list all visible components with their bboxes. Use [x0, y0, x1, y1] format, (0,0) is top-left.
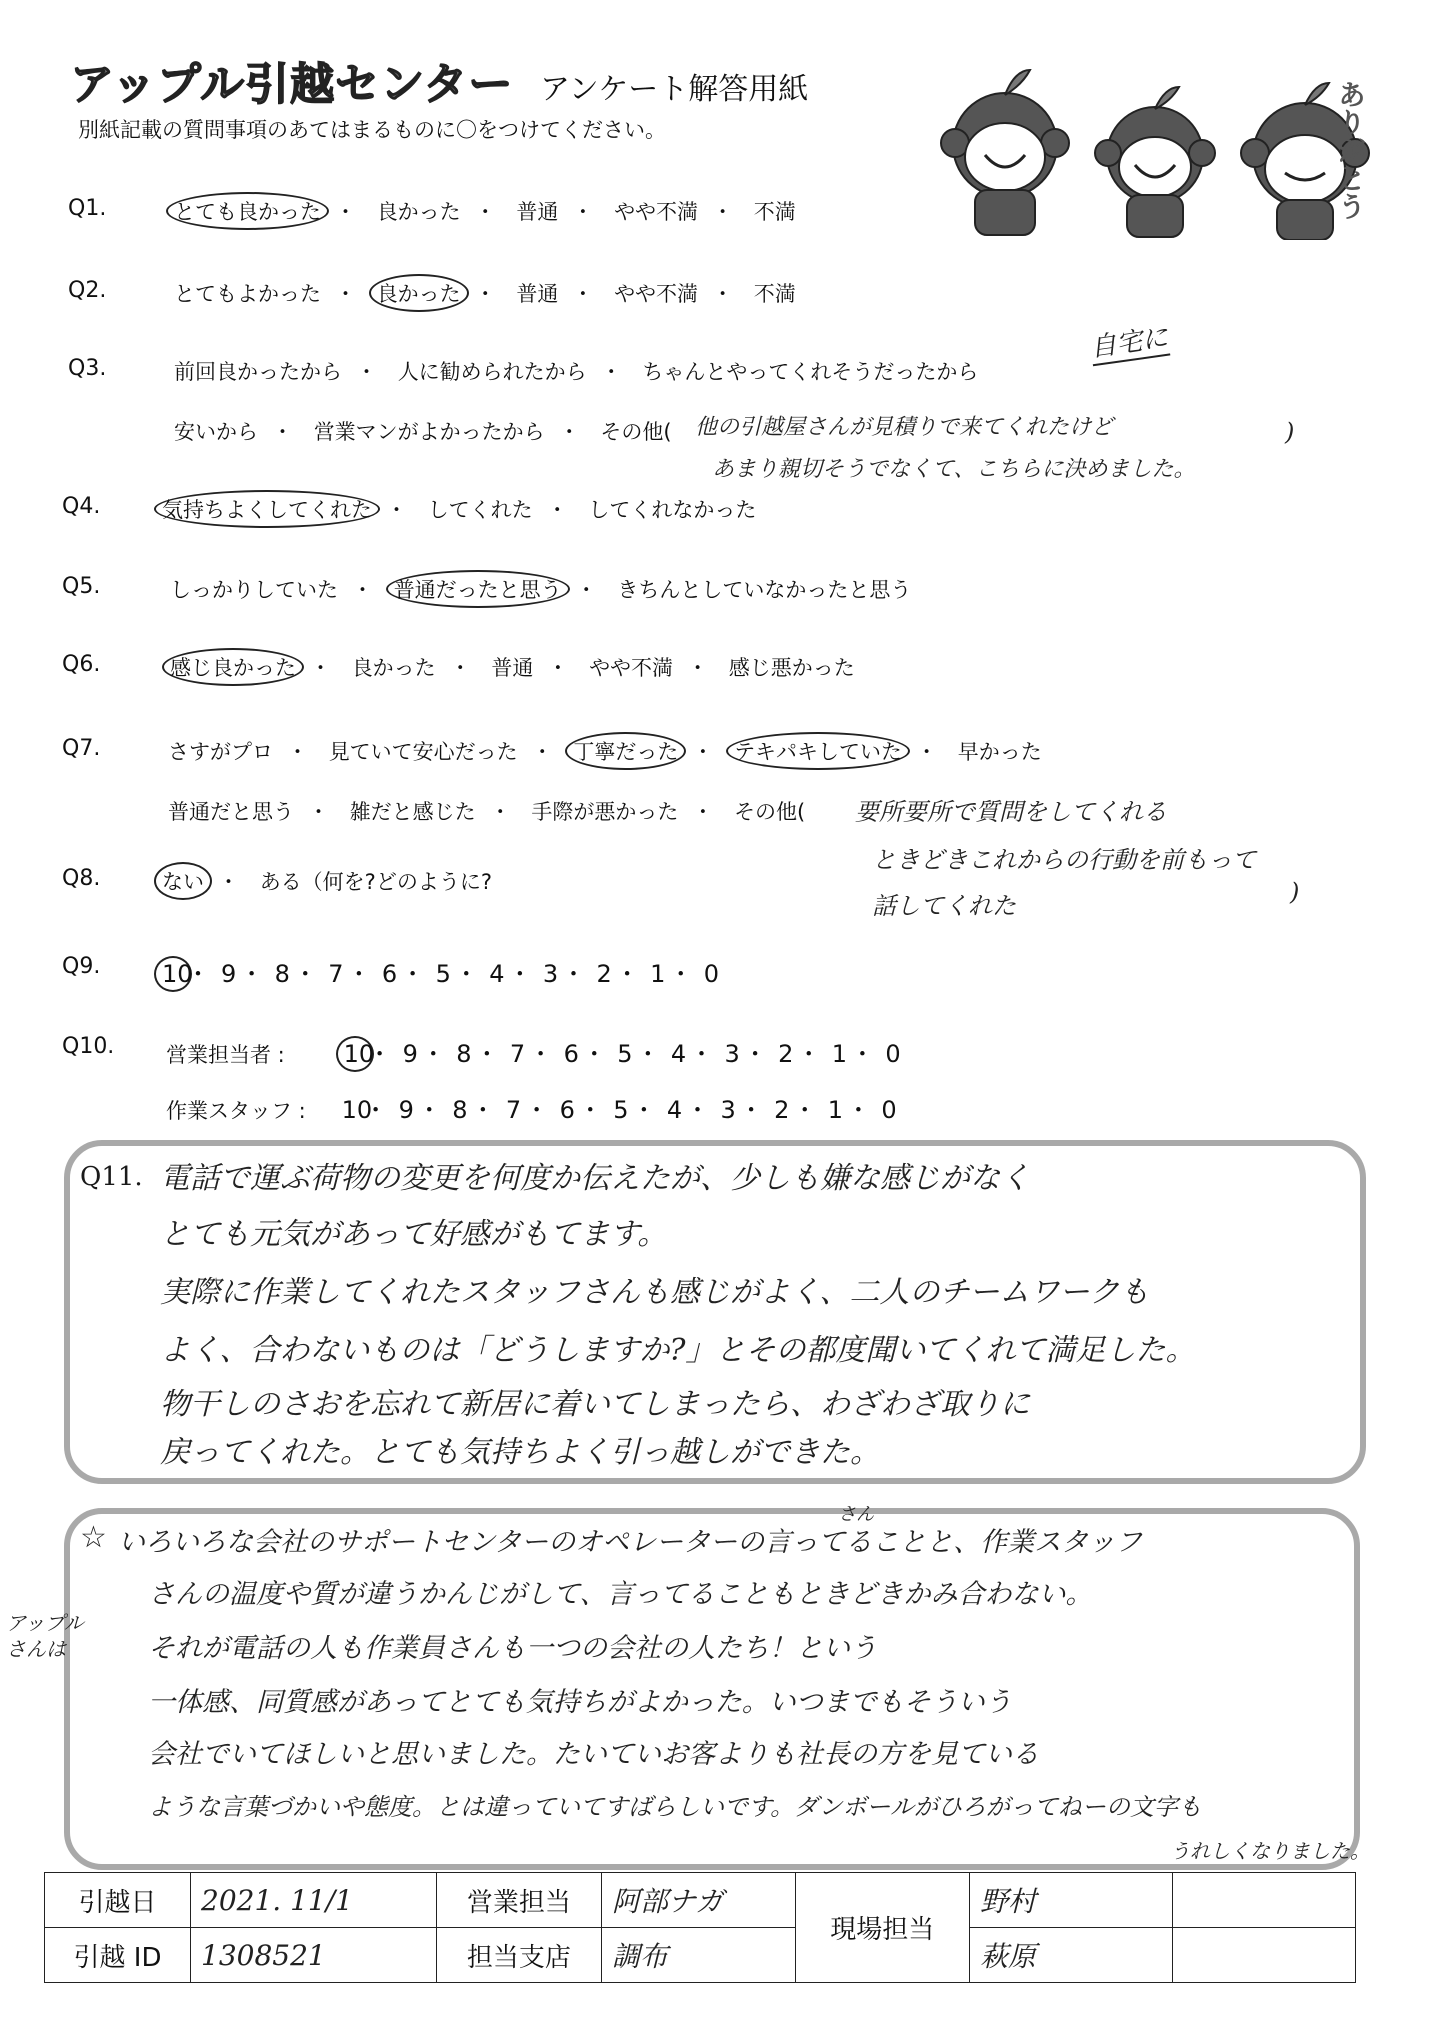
q3-close-paren: ) — [1285, 418, 1294, 446]
branch-value: 調布 — [601, 1928, 795, 1983]
q11-line-2: とても元気があって好感がもてます。 — [160, 1204, 667, 1266]
q2-option-5[interactable]: 不満 — [752, 278, 798, 308]
q10-staff-score-5[interactable]: 5 — [610, 1096, 632, 1124]
q9-score-4[interactable]: 4 — [486, 960, 508, 988]
form-title: アンケート解答用紙 — [540, 64, 808, 108]
star-line-2: さんの温度や質が違うかんじがして、言ってることもときどきかみ合わない。 — [148, 1564, 1092, 1626]
site-staff-blank-1 — [1173, 1873, 1356, 1928]
q7-option-1[interactable]: さすがプロ — [166, 736, 275, 766]
q1-number: Q1. — [68, 196, 106, 221]
q10-sales-score-2[interactable]: 2 — [775, 1040, 797, 1068]
q3-number: Q3. — [68, 356, 106, 381]
site-staff-2: 萩原 — [970, 1928, 1173, 1983]
q9-score-9[interactable]: 9 — [218, 960, 240, 988]
star-icon: ☆ — [80, 1520, 107, 1555]
q10-staff-score-6[interactable]: 6 — [556, 1096, 578, 1124]
q11-line-1: 電話で運ぶ荷物の変更を何度か伝えたが、少しも嫌な感じがなく — [160, 1148, 1030, 1210]
q2-option-1[interactable]: とてもよかった — [172, 278, 323, 308]
star-line-3: それが電話の人も作業員さんも一つの会社の人たち！という — [148, 1618, 877, 1680]
q10-staff-score-3[interactable]: 3 — [717, 1096, 739, 1124]
q6-number: Q6. — [62, 652, 100, 677]
q11-label: Q11. — [80, 1162, 143, 1192]
q8-number: Q8. — [62, 866, 100, 891]
q8-options: ない・ ある（何を?どのように? — [160, 866, 494, 896]
q3-handwritten-other-2: あまり親切そうでなくて、こちらに決めました。 — [712, 452, 1196, 483]
q10-staff-score-8[interactable]: 8 — [449, 1096, 471, 1124]
q3-option-4[interactable]: 安いから — [172, 416, 260, 446]
q10-sales-score-8[interactable]: 8 — [453, 1040, 475, 1068]
site-staff-1: 野村 — [970, 1873, 1173, 1928]
q3-option-1[interactable]: 前回良かったから — [172, 356, 344, 386]
q10-staff-score-10[interactable]: 10 — [342, 1096, 364, 1124]
star-line-6: ような言葉づかいや態度。とは違っていてすばらしいです。ダンボールがひろがってねー… — [148, 1776, 1202, 1838]
q7-option-8[interactable]: 手際が悪かった — [529, 796, 680, 826]
q9-score-0[interactable]: 0 — [700, 960, 722, 988]
q3-option-5[interactable]: 営業マンがよかったから — [312, 416, 547, 446]
q1-option-2[interactable]: 良かった — [375, 196, 463, 226]
q2-options: とてもよかった・ 良かった・ 普通・ やや不満・ 不満 — [172, 278, 798, 308]
q1-option-4[interactable]: やや不満 — [612, 196, 700, 226]
q8-option-1[interactable]: ない — [154, 862, 212, 900]
q11-line-3: 実際に作業してくれたスタッフさんも感じがよく、二人のチームワークも — [160, 1262, 1149, 1324]
q10-sales-score-6[interactable]: 6 — [560, 1040, 582, 1068]
q10-staff-score-4[interactable]: 4 — [663, 1096, 685, 1124]
q10-sales-score-5[interactable]: 5 — [614, 1040, 636, 1068]
q7-close-paren: ) — [1290, 878, 1299, 906]
q1-options: とても良かった・ 良かった・ 普通・ やや不満・ 不満 — [172, 196, 798, 226]
q10-sales-scale: 営業担当者 : 10・ 9・ 8・ 7・ 6・ 5・ 4・ 3・ 2・ 1・ 0 — [166, 1034, 904, 1069]
q4-number: Q4. — [62, 494, 100, 519]
q2-option-2[interactable]: 良かった — [369, 274, 469, 312]
q4-options: 気持ちよくしてくれた・ してくれた・ してくれなかった — [160, 494, 758, 524]
q6-option-1[interactable]: 感じ良かった — [162, 648, 304, 686]
q1-option-5[interactable]: 不満 — [752, 196, 798, 226]
q10-number: Q10. — [62, 1034, 114, 1059]
q3-handwritten-other-1: 他の引越屋さんが見積りで来てくれたけど — [695, 410, 1113, 441]
move-id-label: 引越 ID — [45, 1928, 191, 1983]
q9-score-2[interactable]: 2 — [593, 960, 615, 988]
branch-label: 担当支店 — [436, 1928, 601, 1983]
q10-staff-score-7[interactable]: 7 — [503, 1096, 525, 1124]
q7-option-6[interactable]: 普通だと思う — [166, 796, 296, 826]
q6-option-4[interactable]: やや不満 — [587, 652, 675, 682]
mascot-illustration-icon — [905, 65, 1375, 240]
q6-option-2[interactable]: 良かった — [350, 652, 438, 682]
move-info-table: 引越日 2021. 11/1 営業担当 阿部ナガ 現場担当 野村 引越 ID 1… — [44, 1872, 1356, 1983]
q7-number: Q7. — [62, 736, 100, 761]
q7-options-line1: さすがプロ・ 見ていて安心だった・ 丁寧だった・ テキパキしていた・ 早かった — [166, 736, 1044, 766]
q9-number: Q9. — [62, 954, 100, 979]
q4-option-1[interactable]: 気持ちよくしてくれた — [154, 490, 380, 528]
q10-staff-score-0[interactable]: 0 — [878, 1096, 900, 1124]
q2-option-4[interactable]: やや不満 — [612, 278, 700, 308]
q11-line-4: よく、合わないものは「どうしますか?」とその都度聞いてくれて満足した。 — [160, 1320, 1195, 1382]
q4-option-2[interactable]: してくれた — [426, 494, 535, 524]
q10-sales-label: 営業担当者 : — [166, 1039, 334, 1069]
q7-option-7[interactable]: 雑だと感じた — [348, 796, 478, 826]
q7-option-4[interactable]: テキパキしていた — [726, 732, 910, 770]
q9-score-7[interactable]: 7 — [325, 960, 347, 988]
q9-score-1[interactable]: 1 — [647, 960, 669, 988]
q5-number: Q5. — [62, 574, 100, 599]
q10-staff-score-9[interactable]: 9 — [395, 1096, 417, 1124]
q7-handwritten-other-2: ときどきこれからの行動を前もって — [872, 840, 1256, 875]
sales-rep-value: 阿部ナガ — [601, 1873, 795, 1928]
q3-option-other[interactable]: その他( — [598, 416, 673, 446]
q2-option-3[interactable]: 普通 — [514, 278, 560, 308]
q5-option-1[interactable]: しっかりしていた — [168, 574, 340, 604]
q3-option-3[interactable]: ちゃんとやってくれそうだったから — [640, 356, 980, 386]
q10-sales-score-1[interactable]: 1 — [828, 1040, 850, 1068]
q10-staff-label: 作業スタッフ : — [166, 1095, 334, 1125]
star-margin-note: アップルさんは — [6, 1610, 86, 1662]
q1-option-3[interactable]: 普通 — [514, 196, 560, 226]
instruction-text: 別紙記載の質問事項のあてはまるものに〇をつけてください。 — [78, 114, 666, 144]
q7-option-5[interactable]: 早かった — [956, 736, 1044, 766]
q8-option-2[interactable]: ある（何を?どのように? — [258, 866, 494, 896]
move-id-value: 1308521 — [191, 1928, 437, 1983]
q5-options: しっかりしていた・ 普通だったと思う・ きちんとしていなかったと思う — [168, 574, 913, 604]
q7-option-3[interactable]: 丁寧だった — [565, 732, 686, 770]
company-name: アップル引越センター — [70, 48, 513, 112]
move-date-value: 2021. 11/1 — [191, 1873, 437, 1928]
site-staff-label: 現場担当 — [795, 1873, 970, 1983]
q7-option-other[interactable]: その他( — [732, 796, 807, 826]
q11-line-6: 戻ってくれた。とても気持ちよく引っ越しができた。 — [160, 1422, 880, 1484]
q9-score-5[interactable]: 5 — [432, 960, 454, 988]
q10-staff-score-1[interactable]: 1 — [824, 1096, 846, 1124]
q6-option-3[interactable]: 普通 — [489, 652, 535, 682]
thanks-caption: ありがとう — [1330, 80, 1370, 220]
q7-options-line2: 普通だと思う・ 雑だと感じた・ 手際が悪かった・ その他( — [166, 796, 807, 826]
q3-options-line1: 前回良かったから・ 人に勧められたから・ ちゃんとやってくれそうだったから — [172, 356, 980, 386]
q7-handwritten-other-3: 話してくれた — [872, 886, 1016, 921]
q7-option-2[interactable]: 見ていて安心だった — [327, 736, 520, 766]
q10-sales-score-4[interactable]: 4 — [667, 1040, 689, 1068]
q10-staff-score-2[interactable]: 2 — [771, 1096, 793, 1124]
q4-option-3[interactable]: してくれなかった — [586, 494, 758, 524]
q10-sales-score-3[interactable]: 3 — [721, 1040, 743, 1068]
q2-number: Q2. — [68, 278, 106, 303]
q3-options-line2: 安いから・ 営業マンがよかったから・ その他( — [172, 416, 674, 446]
q9-score-3[interactable]: 3 — [539, 960, 561, 988]
q3-option-2[interactable]: 人に勧められたから — [396, 356, 589, 386]
q9-score-6[interactable]: 6 — [379, 960, 401, 988]
q3-handwritten-margin: 自宅に — [1088, 317, 1171, 366]
q10-staff-scale: 作業スタッフ : 10・ 9・ 8・ 7・ 6・ 5・ 4・ 3・ 2・ 1・ … — [166, 1090, 900, 1125]
q5-option-3[interactable]: きちんとしていなかったと思う — [615, 574, 913, 604]
q5-option-2[interactable]: 普通だったと思う — [386, 570, 570, 608]
q9-score-8[interactable]: 8 — [271, 960, 293, 988]
q10-sales-score-0[interactable]: 0 — [882, 1040, 904, 1068]
q9-scale: 10・ 9・ 8・ 7・ 6・ 5・ 4・ 3・ 2・ 1・ 0 — [160, 954, 722, 989]
q6-option-5[interactable]: 感じ悪かった — [727, 652, 857, 682]
sales-rep-label: 営業担当 — [436, 1873, 601, 1928]
q7-handwritten-other-1: 要所要所で質問をしてくれる — [855, 792, 1167, 827]
move-date-label: 引越日 — [45, 1873, 191, 1928]
q10-sales-score-7[interactable]: 7 — [507, 1040, 529, 1068]
q10-sales-score-9[interactable]: 9 — [399, 1040, 421, 1068]
site-staff-blank-2 — [1173, 1928, 1356, 1983]
q6-options: 感じ良かった・ 良かった・ 普通・ やや不満・ 感じ悪かった — [168, 652, 857, 682]
q1-option-1[interactable]: とても良かった — [166, 192, 329, 230]
